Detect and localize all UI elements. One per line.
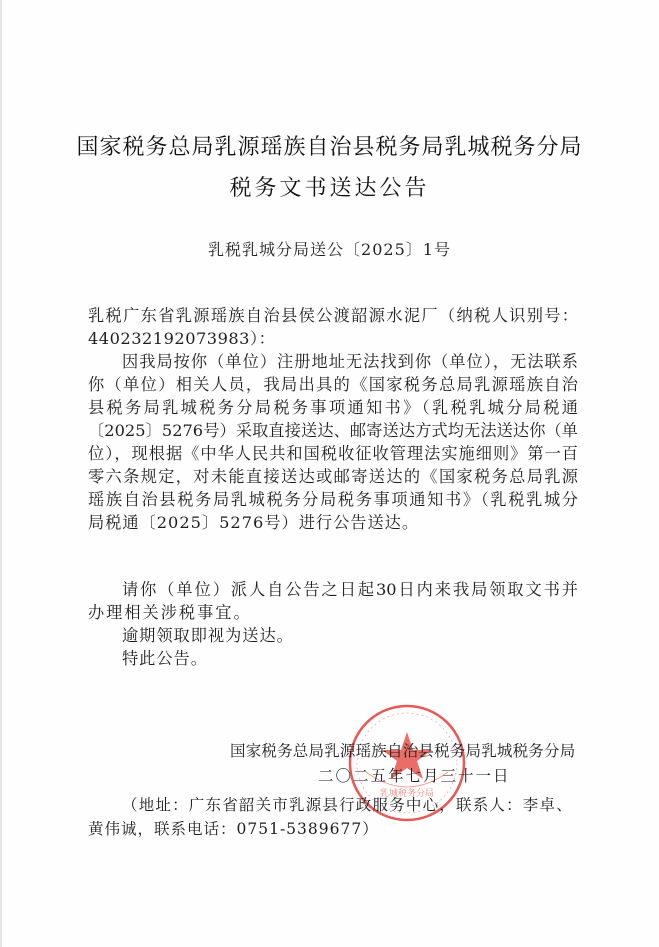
body-line: 乳税广东省乳源瑶族自治县侯公渡韶源水泥厂（纳税人识别号：	[88, 305, 578, 327]
issuer-name: 国家税务总局乳源瑶族自治县税务局乳城税务分局	[230, 739, 575, 761]
body-line: 你（单位）相关人员，我局出具的《国家税务总局乳源瑶族自治	[88, 374, 578, 396]
body-line: 因我局按你（单位）注册地址无法找到你（单位），无法联系	[122, 351, 578, 373]
body-line: 瑶族自治县税务局乳城税务分局税务事项通知书》（乳税乳城分	[88, 489, 578, 511]
title-line-2: 税务文书送达公告	[0, 171, 659, 202]
body-line: 办理相关涉税事宜。	[88, 602, 588, 624]
body-line: 特此公告。	[122, 648, 622, 670]
body-line: 位），现根据《中华人民共和国税收征收管理法实施细则》第一百	[88, 443, 578, 465]
body-line: 逾期领取即视为送达。	[122, 625, 622, 647]
body-line: 〔2025〕5276号）采取直接送达、邮寄送达方式均无法送达你（单	[88, 420, 578, 442]
body-line: 请你（单位）派人自公告之日起30日内来我局领取文书并	[122, 579, 578, 601]
title-line-1: 国家税务总局乳源瑶族自治县税务局乳城税务分局	[0, 130, 659, 161]
contact-line-1: （地址：广东省韶关市乳源县行政服务中心，联系人：李卓、	[122, 793, 573, 815]
body-line: 县税务局乳城税务分局税务事项通知书》（乳税乳城分局税通	[88, 397, 578, 419]
contact-line-2: 黄伟诚，联系电话：0751-5389677）	[88, 817, 379, 839]
body-line: 440232192073983）：	[88, 328, 588, 350]
body-line: 零六条规定，对未能直接送达或邮寄送达的《国家税务总局乳源	[88, 466, 578, 488]
issue-date: 二〇二五年七月三十一日	[318, 764, 511, 786]
document-number: 乳税乳城分局送公〔2025〕1号	[0, 237, 659, 260]
body-line: 局税通〔2025〕5276号）进行公告送达。	[88, 512, 588, 534]
document-page: 国家税务总局乳源瑶族自治县税务局乳城税务分局 税务文书送达公告 乳税乳城分局送公…	[0, 0, 659, 947]
